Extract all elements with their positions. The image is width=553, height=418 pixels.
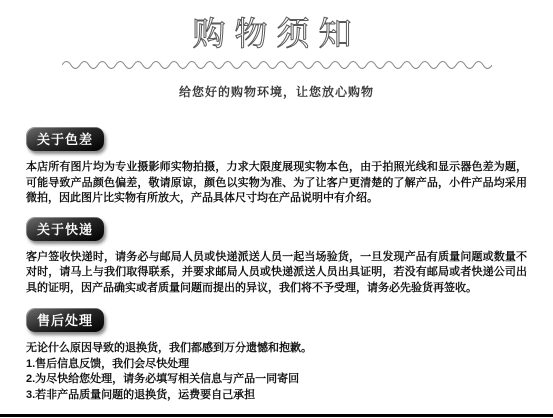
page-title: 购物须知 xyxy=(0,0,553,55)
section-color-difference: 关于色差 本店所有图片均为专业摄影师实物拍摄，力求大限度展现实物本色，由于拍照光… xyxy=(0,100,553,207)
after-sales-item-2: 2.为尽快给您处理，请务必填写相关信息与产品一同寄回 xyxy=(26,372,527,388)
section-after-sales: 售后处理 无论什么原因导致的退换货，我们都感到万分遗憾和抱歉。 1.售后信息反馈… xyxy=(0,296,553,403)
page-subtitle: 给您好的购物环境，让您放心购物 xyxy=(0,83,553,100)
wavy-divider xyxy=(62,59,492,69)
section-badge-express-delivery: 关于快递 xyxy=(26,217,104,241)
section-express-delivery: 关于快递 客户签收快递时，请务必与邮局人员或快递派送人员一起当场验货，一旦发现产… xyxy=(0,207,553,297)
section-badge-color-difference: 关于色差 xyxy=(26,127,104,151)
after-sales-list: 1.售后信息反馈，我们会尽快处理 2.为尽快给您处理，请务必填写相关信息与产品一… xyxy=(26,357,527,404)
color-difference-paragraph: 本店所有图片均为专业摄影师实物拍摄，力求大限度展现实物本色，由于拍照光线和显示器… xyxy=(26,160,527,207)
after-sales-item-1: 1.售后信息反馈，我们会尽快处理 xyxy=(26,357,527,373)
express-delivery-paragraph: 客户签收快递时，请务必与邮局人员或快递派送人员一起当场验货，一旦发现产品有质量问… xyxy=(26,250,527,297)
shopping-notice-page: 购物须知 给您好的购物环境，让您放心购物 关于色差 本店所有图片均为专业摄影师实… xyxy=(0,0,553,418)
bottom-divider xyxy=(0,414,553,417)
after-sales-intro: 无论什么原因导致的退换货，我们都感到万分遗憾和抱歉。 xyxy=(26,341,527,357)
after-sales-item-3: 3.若非产品质量问题的退换货，运费要自己承担 xyxy=(26,388,527,404)
wavy-divider-path xyxy=(62,62,492,69)
wavy-divider-svg xyxy=(62,59,492,69)
section-badge-after-sales: 售后处理 xyxy=(26,308,104,332)
